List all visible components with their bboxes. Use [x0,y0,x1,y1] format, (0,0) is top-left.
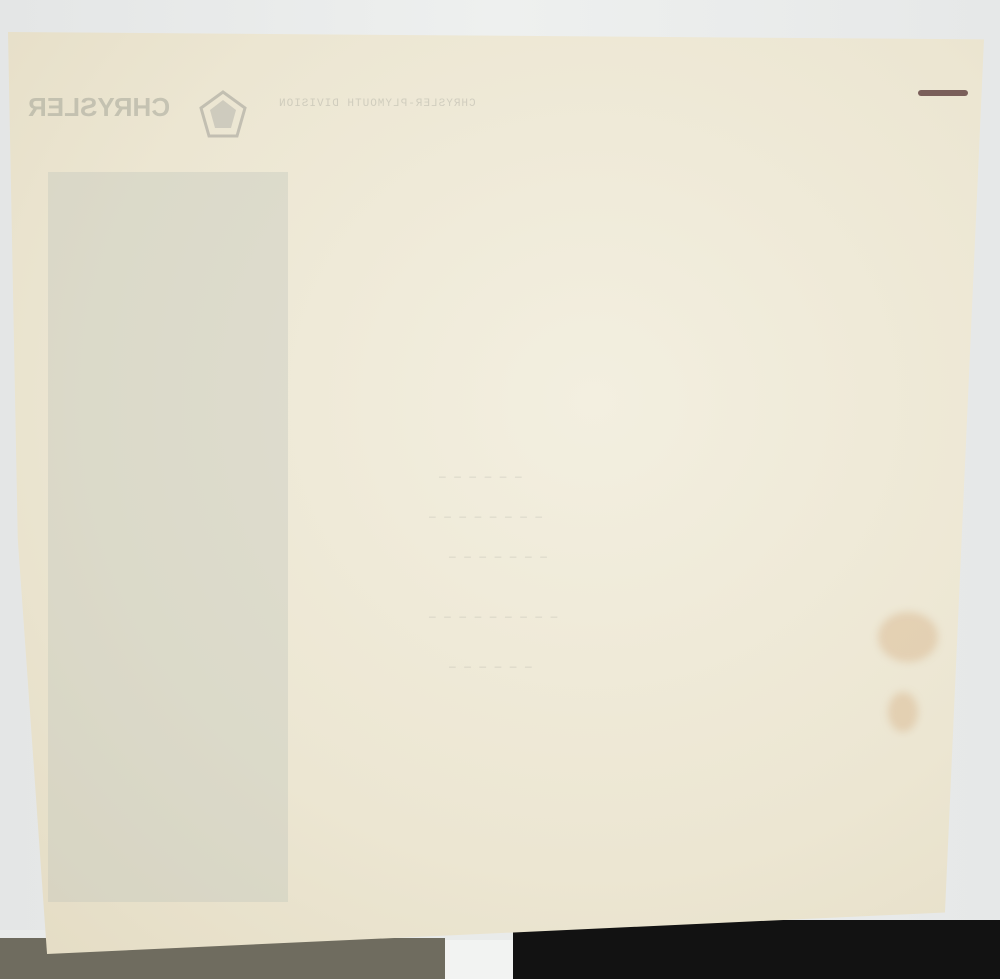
ghost-line: — — — — — — — — — [428,612,557,624]
mirrored-brand-text: CHRYSLER [28,92,170,123]
ghost-line: — — — — — — [448,662,532,674]
paper-sheet: CHRYSLER CHRYSLER-PLYMOUTH DIVISION — — … [8,32,984,954]
pentastar-icon [198,90,248,140]
ghost-line: — — — — — — — — [428,512,542,524]
stain [878,612,938,662]
show-through-sidebar [48,172,288,902]
ghost-line: — — — — — — — [448,552,547,564]
tape-mark [918,90,968,96]
stain [888,692,918,732]
floor-white-strip [445,940,513,979]
ghost-line: CHRYSLER-PLYMOUTH DIVISION [278,98,476,110]
ghost-line: — — — — — — [438,472,522,484]
